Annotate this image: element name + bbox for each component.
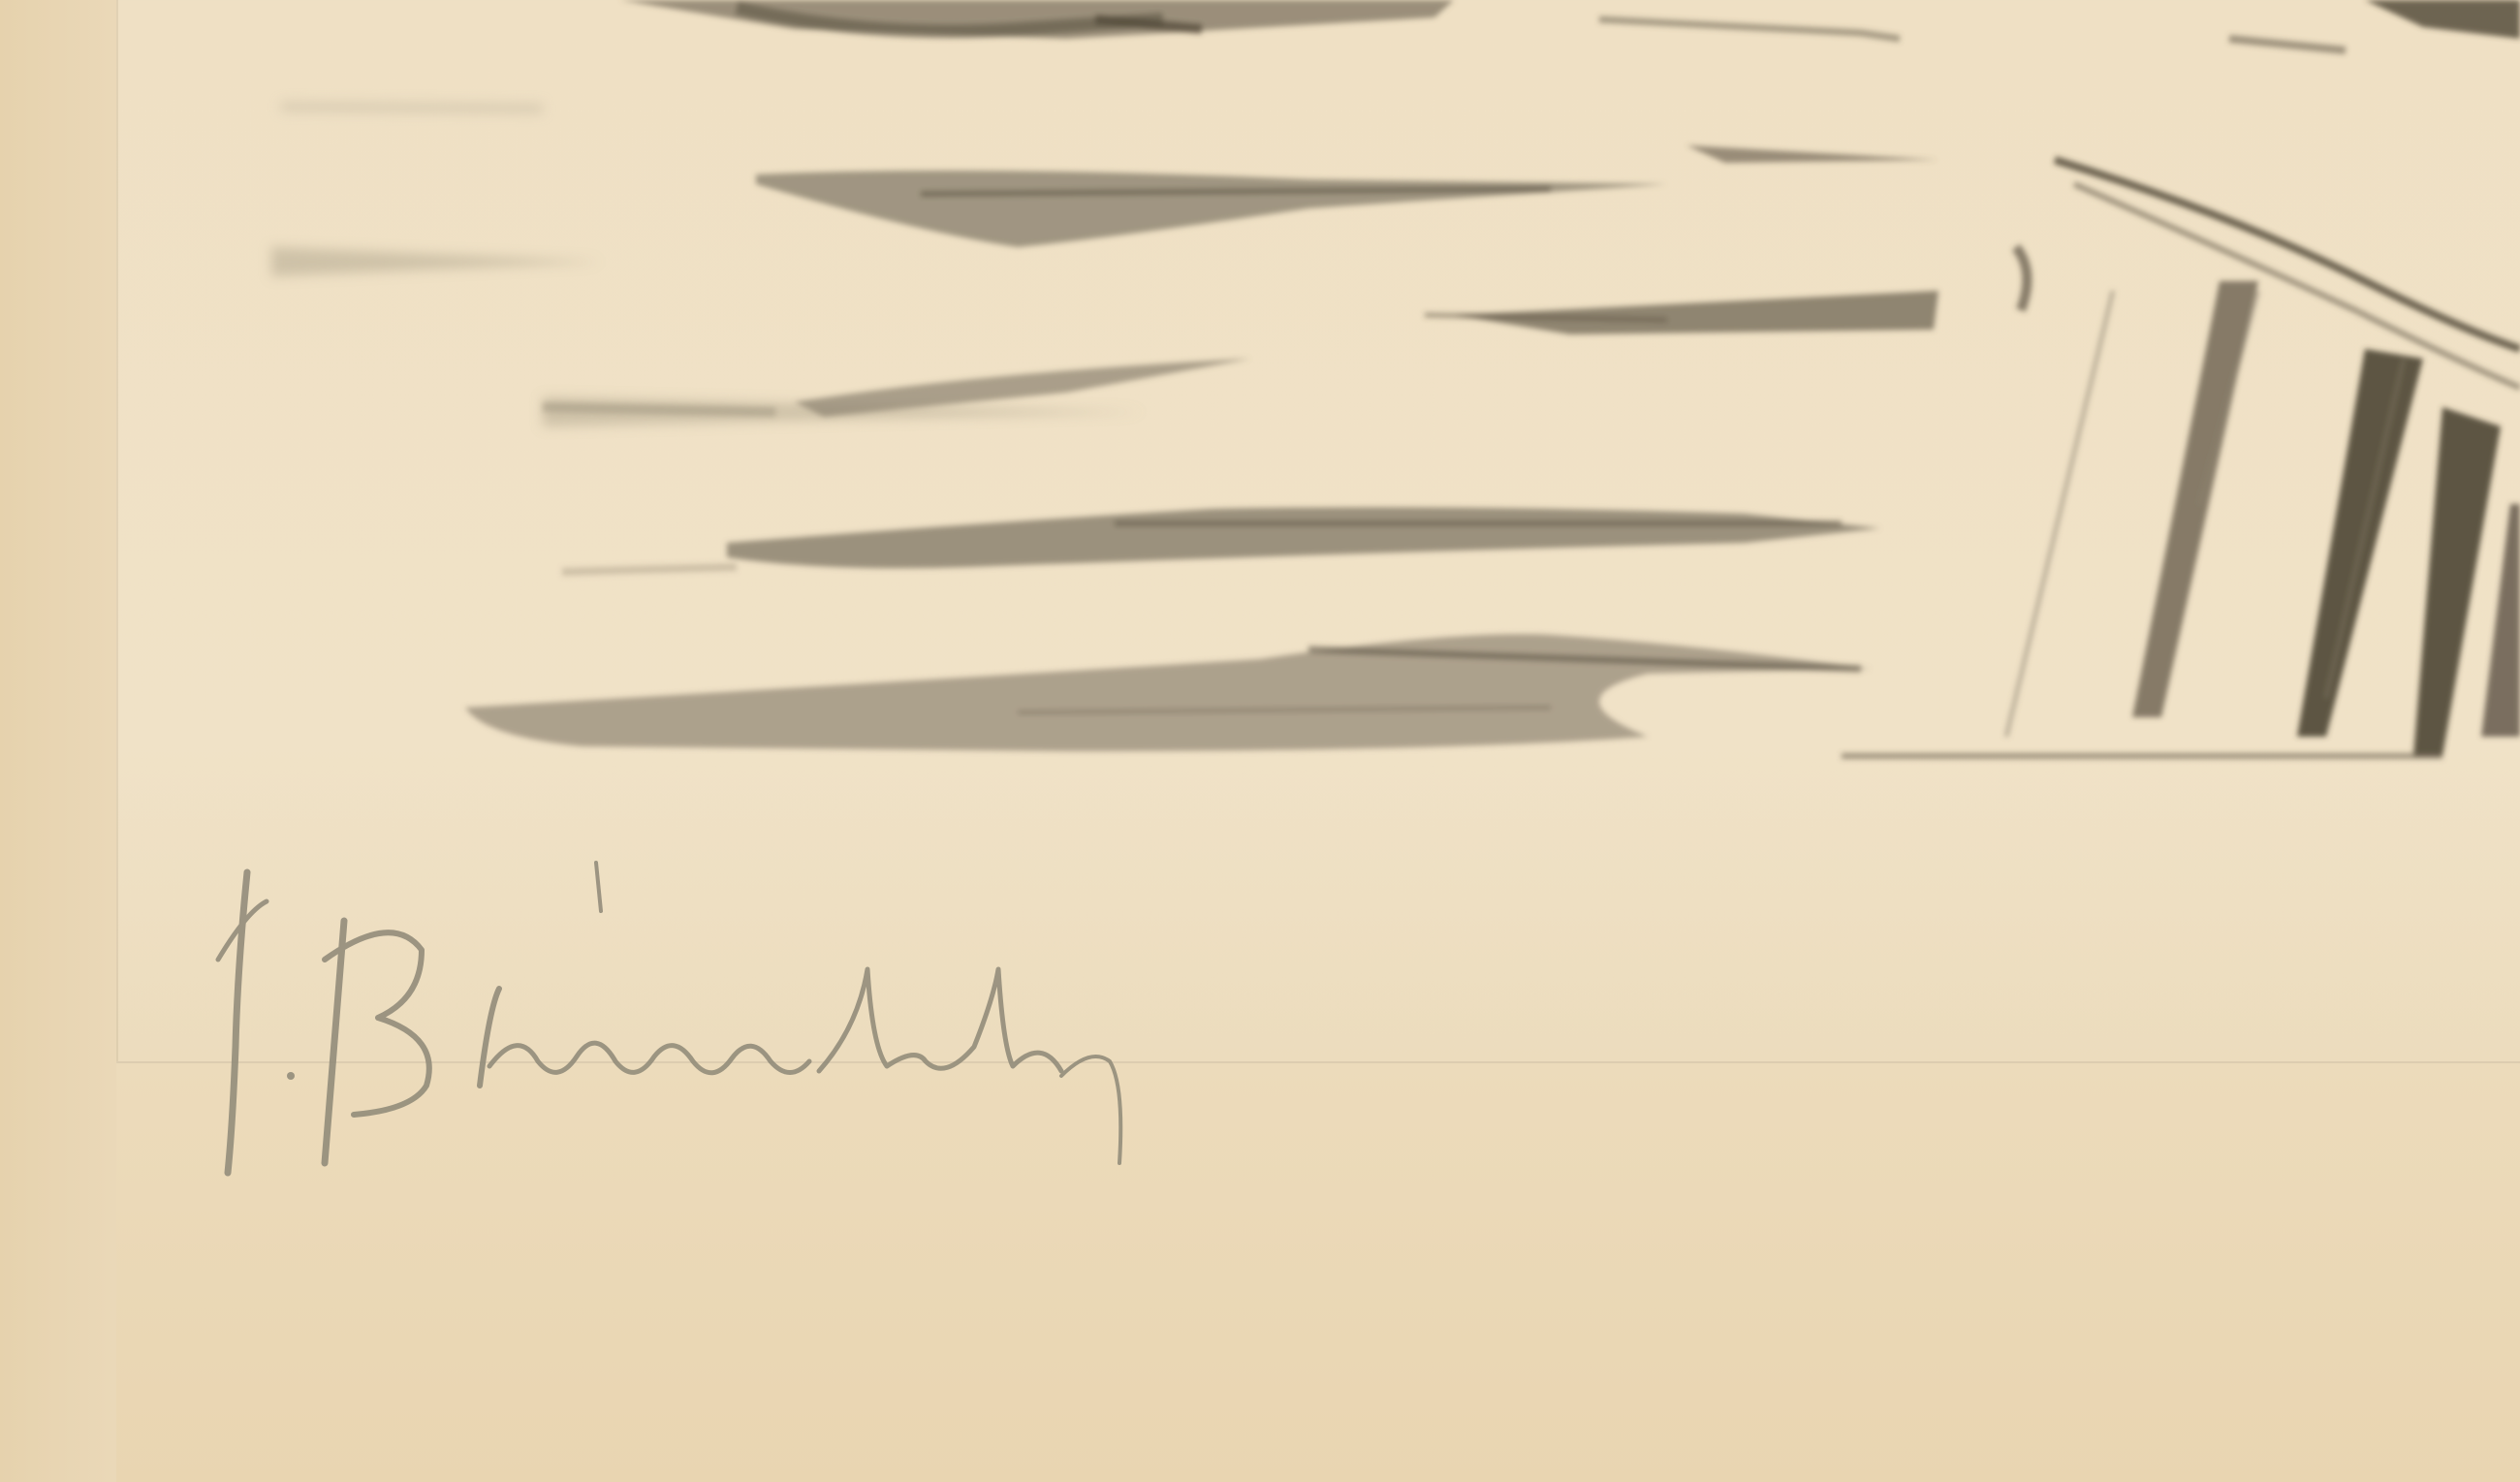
diagonal-hatching (1842, 160, 2520, 756)
signature-strokes (189, 853, 1439, 1202)
pencil-signature: J. B. (189, 853, 1439, 1202)
paper-sheet: J. B. (0, 0, 2520, 1482)
top-stroke-band (620, 0, 2520, 50)
etched-image (0, 0, 2520, 1482)
horizontal-strokes (465, 145, 1938, 751)
